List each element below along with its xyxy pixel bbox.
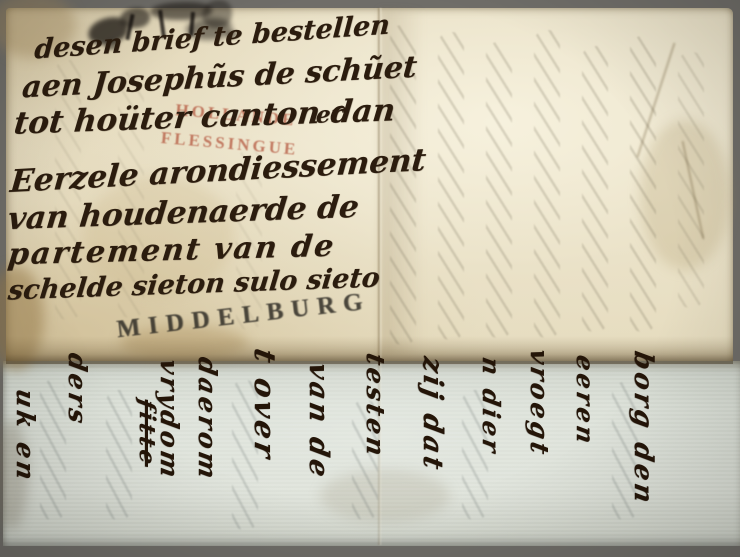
paper-stain	[320, 470, 450, 522]
inner-word: testen	[361, 351, 390, 461]
inner-word: daerom	[193, 355, 222, 484]
ink-bleedthrough	[486, 42, 512, 338]
inner-word: n dier	[477, 355, 506, 458]
inner-word: vroegt	[525, 347, 554, 459]
ink-bleedthrough	[106, 390, 132, 520]
ink-bleedthrough	[438, 32, 464, 340]
postmark-smudge-blob	[120, 8, 150, 28]
inner-word: borg den	[628, 349, 658, 508]
ink-bleedthrough	[630, 36, 656, 332]
inner-word: zij dat	[417, 355, 448, 475]
ink-bleedthrough	[534, 30, 560, 338]
address-insertion: er	[315, 100, 344, 129]
inner-word: t over	[248, 346, 282, 463]
inner-word: uk en	[11, 387, 40, 485]
inner-word: eeren	[571, 353, 600, 449]
inner-word: van de	[303, 361, 334, 483]
ink-bleedthrough	[582, 46, 608, 332]
inner-word: vrydom	[155, 357, 184, 483]
inner-word: ders	[63, 351, 92, 429]
letter-photo: HOLLANDE FLESSINGUE desen brief te beste…	[0, 0, 740, 557]
